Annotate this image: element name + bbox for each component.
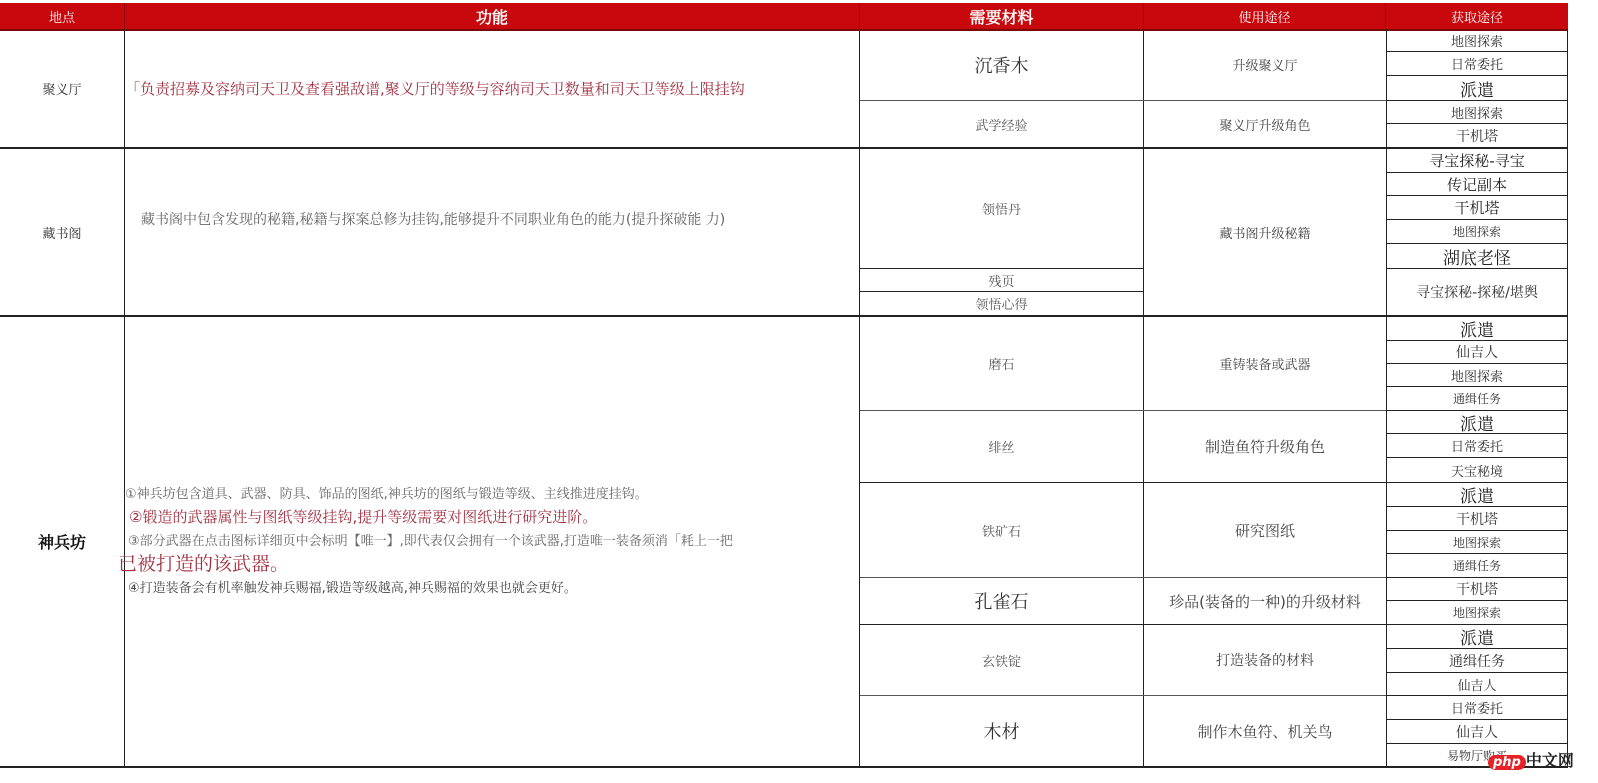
watermark-logo: php中文网 — [1488, 748, 1574, 771]
material-cell: 磨石 — [860, 317, 1143, 410]
watermark-text: 中文网 — [1526, 751, 1574, 770]
watermark-php-badge: php — [1488, 755, 1526, 770]
material-cell: 铁矿石 — [860, 483, 1143, 577]
material-cell: 残页 — [860, 269, 1143, 291]
material-cell: 领悟丹 — [860, 149, 1143, 268]
location-cell: 藏书阁 — [0, 149, 124, 315]
usage-cell: 珍品(装备的一种)的升级材料 — [1144, 578, 1386, 624]
header-usage: 使用途径 — [1144, 3, 1386, 29]
usage-cell: 打造装备的材料 — [1144, 625, 1386, 695]
source-cell: 通缉任务 — [1386, 387, 1568, 411]
header-location: 地点 — [0, 3, 125, 29]
function-cell: ①神兵坊包含道具、武器、防具、饰品的图纸,神兵坊的图纸与锻造等级、主线推进度挂钩… — [125, 317, 859, 766]
location-cell: 聚义厅 — [0, 29, 124, 147]
source-cell: 干机塔 — [1386, 507, 1568, 531]
material-cell: 木材 — [860, 696, 1143, 766]
source-cell: 日常委托 — [1386, 696, 1568, 720]
source-cell: 天宝秘境 — [1386, 458, 1568, 483]
header-sources: 获取途径 — [1386, 3, 1568, 29]
source-cell: 干机塔 — [1386, 578, 1568, 601]
material-cell: 孔雀石 — [860, 578, 1143, 624]
source-cell: 干机塔 — [1386, 196, 1568, 220]
function-line-1: ①神兵坊包含道具、武器、防具、饰品的图纸,神兵坊的图纸与锻造等级、主线推进度挂钩… — [125, 483, 648, 502]
source-cell: 地图探索 — [1386, 531, 1568, 554]
source-cell: 派遣 — [1386, 625, 1568, 649]
usage-cell: 聚义厅升级角色 — [1144, 101, 1386, 147]
source-cell: 地图探索 — [1386, 364, 1568, 387]
material-cell: 领悟心得 — [860, 292, 1143, 315]
source-cell: 派遣 — [1386, 483, 1568, 507]
source-cell: 寻宝探秘-探秘/堪舆 — [1386, 269, 1568, 315]
function-line-4: 已被打造的该武器。 — [118, 549, 289, 576]
material-cell: 武学经验 — [860, 101, 1143, 147]
source-cell: 湖底老怪 — [1386, 244, 1568, 269]
material-cell: 沉香木 — [860, 29, 1143, 100]
source-cell: 地图探索 — [1386, 601, 1568, 625]
usage-cell: 制造鱼符升级角色 — [1144, 411, 1386, 482]
source-cell: 地图探索 — [1386, 29, 1568, 52]
source-cell: 派遣 — [1386, 76, 1568, 101]
source-cell: 传记副本 — [1386, 173, 1568, 196]
function-cell: 藏书阁中包含发现的秘籍,秘籍与探案总修为挂钩,能够提升不同职业角色的能力(提升探… — [125, 149, 859, 289]
material-cell: 玄铁锭 — [860, 625, 1143, 695]
function-line-2: ②锻造的武器属性与图纸等级挂钩,提升等级需要对图纸进行研究进阶。 — [129, 506, 597, 527]
usage-cell: 研究图纸 — [1144, 483, 1386, 577]
material-cell: 绯丝 — [860, 411, 1143, 482]
header-function: 功能 — [125, 3, 860, 29]
function-line-3: ③部分武器在点击图标详细页中会标明【唯一】,即代表仅会拥有一个该武器,打造唯一装… — [128, 530, 733, 549]
source-cell: 仙吉人 — [1386, 673, 1568, 696]
source-cell: 地图探索 — [1386, 101, 1568, 124]
usage-cell: 制作木鱼符、机关鸟 — [1144, 696, 1386, 766]
usage-cell: 重铸装备或武器 — [1144, 317, 1386, 410]
usage-cell: 升级聚义厅 — [1144, 29, 1386, 100]
function-cell: 「负责招募及容纳司天卫及查看强敌谱,聚义厅的等级与容纳司天卫数量和司天卫等级上限… — [125, 29, 859, 147]
usage-cell: 藏书阁升级秘籍 — [1144, 149, 1386, 315]
source-cell: 地图探索 — [1386, 220, 1568, 244]
source-cell: 仙吉人 — [1386, 341, 1568, 364]
source-cell: 通缉任务 — [1386, 554, 1568, 578]
source-cell: 日常委托 — [1386, 52, 1568, 76]
source-cell: 通缉任务 — [1386, 649, 1568, 673]
header-materials: 需要材料 — [860, 3, 1144, 29]
location-cell: 神兵坊 — [0, 317, 124, 766]
table-bottom-border — [0, 766, 1568, 768]
source-cell: 派遣 — [1386, 411, 1568, 434]
function-line-5: ④打造装备会有机率触发神兵赐福,锻造等级越高,神兵赐福的效果也就会更好。 — [128, 577, 577, 596]
source-cell: 仙吉人 — [1386, 720, 1568, 744]
source-cell: 寻宝探秘-寻宝 — [1386, 149, 1568, 173]
source-cell: 日常委托 — [1386, 434, 1568, 458]
source-cell: 干机塔 — [1386, 124, 1568, 147]
source-cell: 派遣 — [1386, 317, 1568, 341]
